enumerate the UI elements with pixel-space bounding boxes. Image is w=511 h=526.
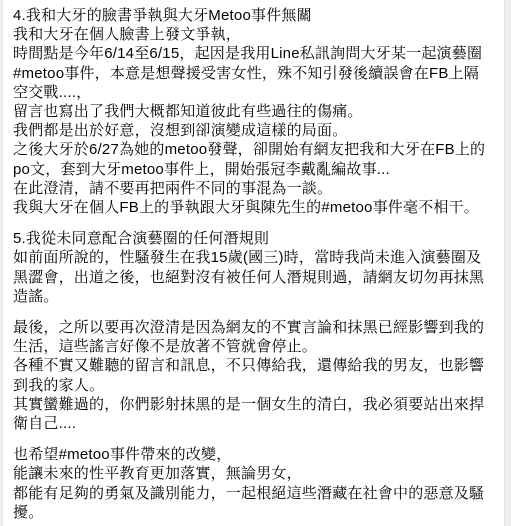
post-text-line: 能讓未來的性平教育更加落實，無論男女， [13, 464, 498, 483]
post-text-line: 之後大牙於6/27為她的metoo發聲，卻開始有網友把我和大牙在FB上的 [13, 140, 498, 159]
post-text-line: #metoo事件，本意是想聲援受害女性，殊不知引發後續誤會在FB上隔 [13, 64, 498, 83]
post-text-line: 空交戰....， [13, 83, 498, 102]
post-text-line: 最後，之所以要再次澄清是因為網友的不實言論和抹黑已經影響到我的 [13, 318, 498, 337]
post-text-line: 我們都是出於好意，沒想到卻演變成這樣的局面。 [13, 121, 498, 140]
post-text-line: 如前面所說的，性騷發生在我15歲(國三)時，當時我尚未進入演藝圈及 [13, 248, 498, 267]
post-text-line: 我和大牙在個人臉書上發文爭執， [13, 25, 498, 44]
post-paragraph-section-4: 4.我和大牙的臉書爭執與大牙Metoo事件無關 我和大牙在個人臉書上發文爭執， … [13, 6, 498, 217]
post-paragraph-closing: 最後，之所以要再次澄清是因為網友的不實言論和抹黑已經影響到我的 生活，這些謠言好… [13, 318, 498, 433]
post-paragraph-section-5: 5.我從未同意配合演藝圈的任何潛規則 如前面所說的，性騷發生在我15歲(國三)時… [13, 229, 498, 306]
post-text-line: 其實蠻難過的，你們影射抹黑的是一個女生的清白，我必須要站出來捍 [13, 395, 498, 414]
post-text-line: po文，套到大牙metoo事件上，開始張冠李戴亂編故事... [13, 160, 498, 179]
post-text-line: 造謠。 [13, 287, 498, 306]
post-text-line: 生活，這些謠言好像不是放著不管就會停止。 [13, 337, 498, 356]
post-text-line: 衛自己.... [13, 414, 498, 433]
post-text-line: 黑澀會，出道之後，也絕對沒有被任何人潛規則過，請網友切勿再抹黑 [13, 268, 498, 287]
post-text-line: 時間點是今年6/14至6/15，起因是我用Line私訊詢問大牙某一起演藝圈 [13, 44, 498, 63]
post-text-line: 各種不實又難聽的留言和訊息，不只傳給我，還傳給我的男友，也影響 [13, 356, 498, 375]
post-section-heading: 4.我和大牙的臉書爭執與大牙Metoo事件無關 [13, 6, 498, 25]
post-section-heading: 5.我從未同意配合演藝圈的任何潛規則 [13, 229, 498, 248]
post-text-line: 在此澄清，請不要再把兩件不同的事混為一談。 [13, 179, 498, 198]
post-paragraph-hope: 也希望#metoo事件帶來的改變， 能讓未來的性平教育更加落實，無論男女， 都能… [13, 445, 498, 522]
post-card: 4.我和大牙的臉書爭執與大牙Metoo事件無關 我和大牙在個人臉書上發文爭執， … [2, 0, 505, 526]
post-text-line: 也希望#metoo事件帶來的改變， [13, 445, 498, 464]
post-text-line: 都能有足夠的勇氣及識別能力，一起根絕這些潛藏在社會中的惡意及騷 [13, 484, 498, 503]
post-text-line: 擾。 [13, 503, 498, 522]
post-text-line: 留言也寫出了我們大概都知道彼此有些過往的傷痛。 [13, 102, 498, 121]
post-text-line: 到我的家人。 [13, 376, 498, 395]
post-text-line: 我與大牙在個人FB上的爭執跟大牙與陳先生的#metoo事件毫不相干。 [13, 198, 498, 217]
